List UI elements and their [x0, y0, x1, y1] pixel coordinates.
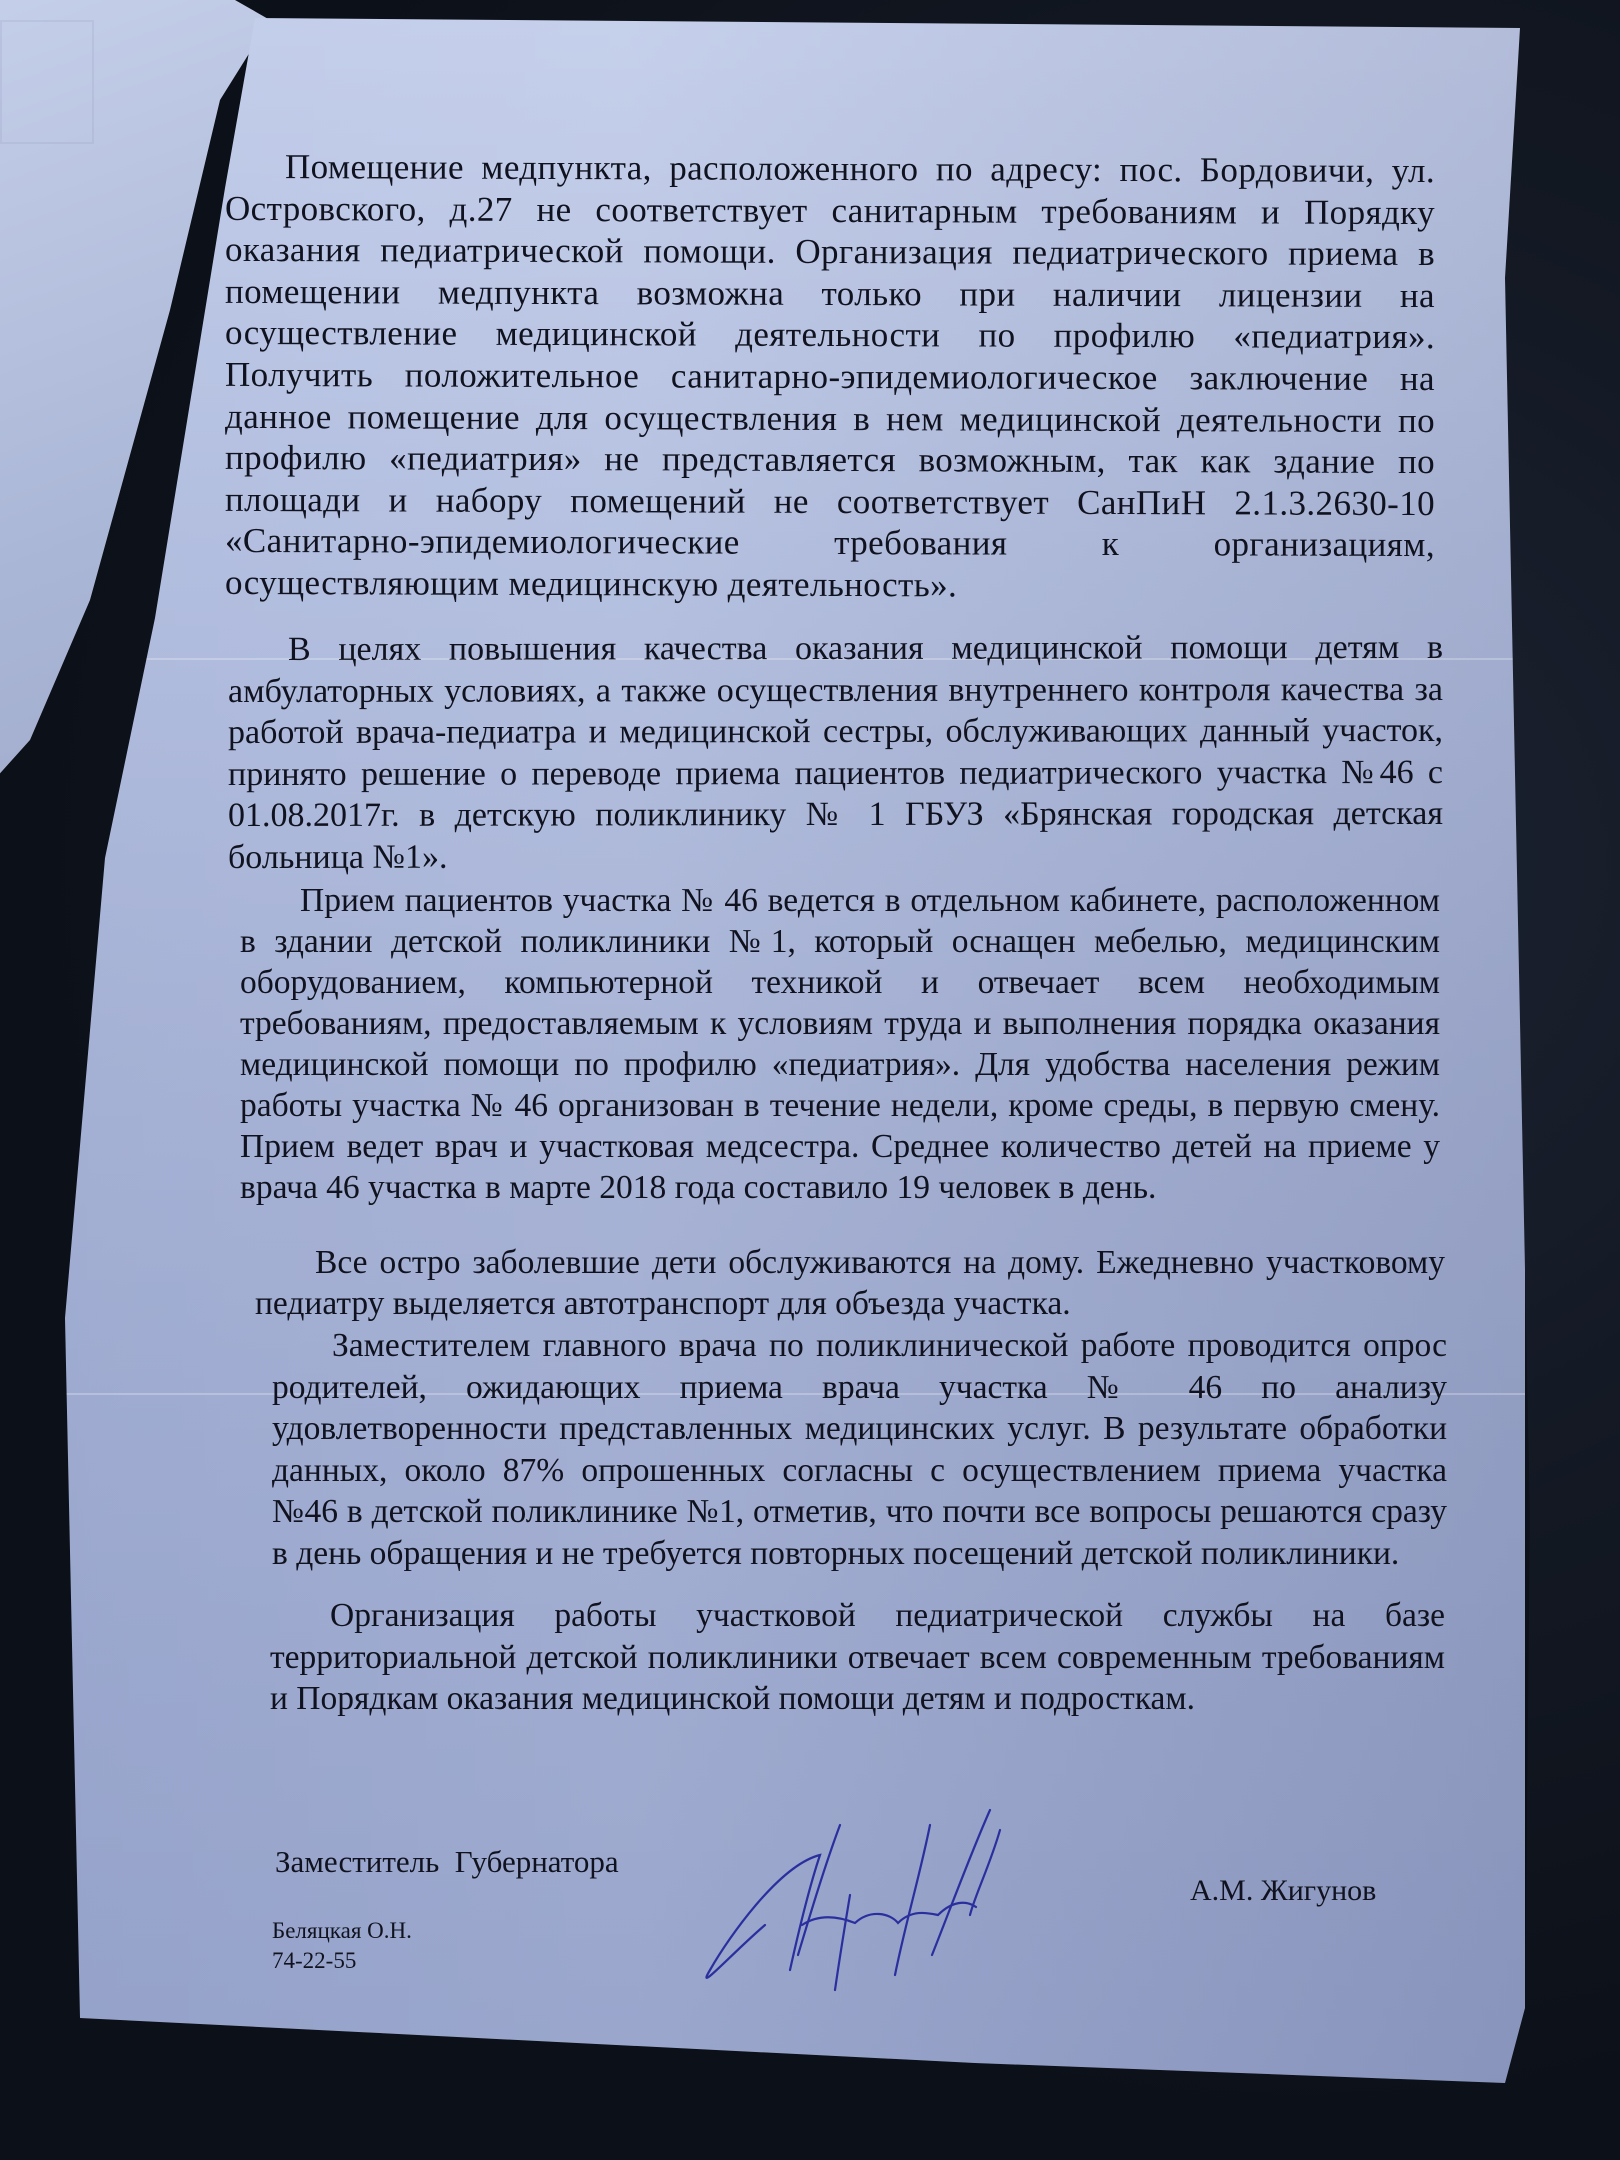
- paragraph-conclusion: Организация работы участковой педиатриче…: [270, 1595, 1445, 1720]
- paragraph-transfer-decision: В целях повышения качества оказания меди…: [228, 627, 1443, 879]
- signatory-position: Заместитель Губернатора: [275, 1844, 619, 1880]
- handwritten-signature-icon: [690, 1805, 1110, 1995]
- paragraph-premises: Помещение медпункта, расположенного по а…: [225, 146, 1435, 608]
- letter-content: Помещение медпункта, расположенного по а…: [0, 0, 1620, 2160]
- executor-phone: 74-22-55: [272, 1948, 356, 1974]
- signatory-name: А.М. Жигунов: [1190, 1874, 1376, 1908]
- paragraph-survey: Заместителем главного врача по поликлини…: [272, 1325, 1447, 1575]
- executor-name: Беляцкая О.Н.: [272, 1918, 412, 1944]
- paragraph-home-visits: Все остро заболевшие дети обслуживаются …: [255, 1242, 1445, 1324]
- paragraph-reception-details: Прием пациентов участка № 46 ведется в о…: [240, 880, 1440, 1208]
